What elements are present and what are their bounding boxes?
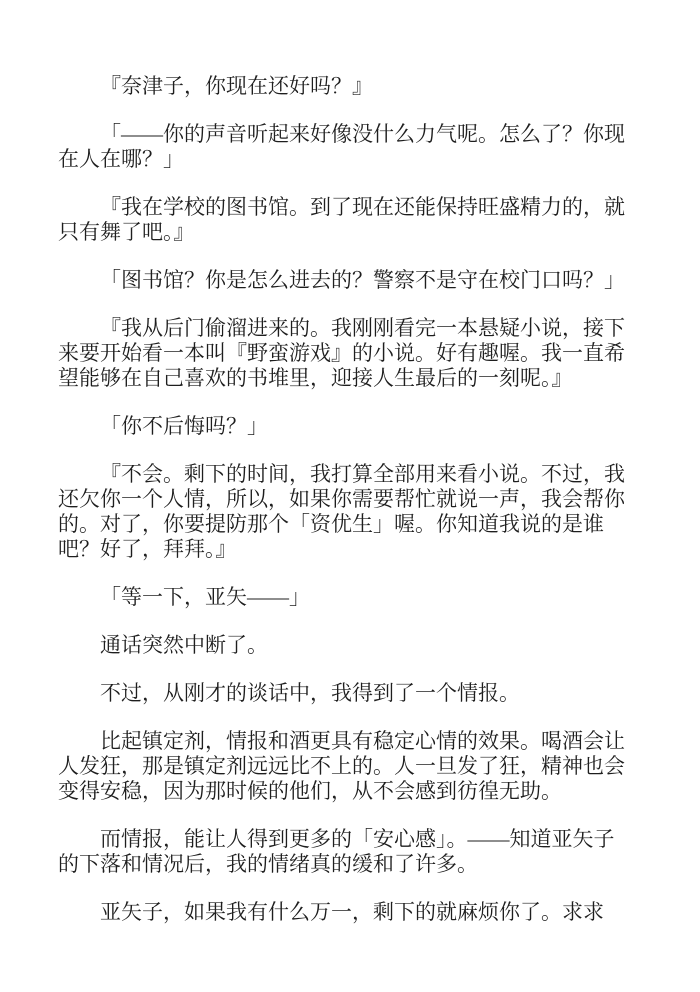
text-line: 望能够在自己喜欢的书堆里，迎接人生最后的一刻呢。』 [58, 366, 650, 391]
text-line: 来要开始看一本叫『野蛮游戏』的小说。好有趣喔。我一直希 [58, 341, 650, 366]
paragraph-first-line: 亚矢子，如果我有什么万一，剩下的就麻烦你了。求求 [58, 900, 650, 925]
paragraph: 而情报，能让人得到更多的「安心感」。——知道亚矢子的下落和情况后，我的情绪真的缓… [58, 827, 650, 877]
paragraph-first-line: 『我从后门偷溜进来的。我刚刚看完一本悬疑小说，接下 [58, 316, 650, 341]
text-line: 还欠你一个人情，所以，如果你需要帮忙就说一声，我会帮你 [58, 487, 650, 512]
paragraph-first-line: 比起镇定剂，情报和酒更具有稳定心情的效果。喝酒会让 [58, 729, 650, 754]
paragraph: 『我在学校的图书馆。到了现在还能保持旺盛精力的，就只有舞了吧。』 [58, 195, 650, 245]
novel-page: 『奈津子，你现在还好吗？』「——你的声音听起来好像没什么力气呢。怎么了？你现在人… [0, 0, 700, 992]
text-line: 人发狂，那是镇定剂远远比不上的。人一旦发了狂，精神也会 [58, 754, 650, 779]
paragraph-first-line: 「等一下，亚矢——」 [58, 585, 650, 610]
paragraph: 「你不后悔吗？」 [58, 414, 650, 439]
text-line: 只有舞了吧。』 [58, 220, 650, 245]
paragraph: 『不会。剩下的时间，我打算全部用来看小说。不过，我还欠你一个人情，所以，如果你需… [58, 462, 650, 562]
paragraph-first-line: 『奈津子，你现在还好吗？』 [58, 74, 650, 99]
paragraph: 亚矢子，如果我有什么万一，剩下的就麻烦你了。求求 [58, 900, 650, 925]
paragraph-first-line: 『不会。剩下的时间，我打算全部用来看小说。不过，我 [58, 462, 650, 487]
paragraph: 『我从后门偷溜进来的。我刚刚看完一本悬疑小说，接下来要开始看一本叫『野蛮游戏』的… [58, 316, 650, 391]
text-line: 的。对了，你要提防那个「资优生」喔。你知道我说的是谁 [58, 512, 650, 537]
paragraph: 通话突然中断了。 [58, 633, 650, 658]
text-line: 在人在哪？」 [58, 147, 650, 172]
paragraph: 「图书馆？你是怎么进去的？警察不是守在校门口吗？」 [58, 268, 650, 293]
paragraph-first-line: 「——你的声音听起来好像没什么力气呢。怎么了？你现 [58, 122, 650, 147]
paragraph: 「——你的声音听起来好像没什么力气呢。怎么了？你现在人在哪？」 [58, 122, 650, 172]
paragraph-first-line: 「图书馆？你是怎么进去的？警察不是守在校门口吗？」 [58, 268, 650, 293]
paragraph-first-line: 『我在学校的图书馆。到了现在还能保持旺盛精力的，就 [58, 195, 650, 220]
paragraph: 「等一下，亚矢——」 [58, 585, 650, 610]
paragraph-first-line: 不过，从刚才的谈话中，我得到了一个情报。 [58, 681, 650, 706]
novel-text-container: 『奈津子，你现在还好吗？』「——你的声音听起来好像没什么力气呢。怎么了？你现在人… [58, 74, 650, 925]
text-line: 的下落和情况后，我的情绪真的缓和了许多。 [58, 852, 650, 877]
paragraph: 『奈津子，你现在还好吗？』 [58, 74, 650, 99]
text-line: 吧？好了，拜拜。』 [58, 537, 650, 562]
paragraph-first-line: 而情报，能让人得到更多的「安心感」。——知道亚矢子 [58, 827, 650, 852]
paragraph: 不过，从刚才的谈话中，我得到了一个情报。 [58, 681, 650, 706]
paragraph-first-line: 通话突然中断了。 [58, 633, 650, 658]
paragraph-first-line: 「你不后悔吗？」 [58, 414, 650, 439]
paragraph: 比起镇定剂，情报和酒更具有稳定心情的效果。喝酒会让人发狂，那是镇定剂远远比不上的… [58, 729, 650, 804]
text-line: 变得安稳，因为那时候的他们，从不会感到彷徨无助。 [58, 779, 650, 804]
